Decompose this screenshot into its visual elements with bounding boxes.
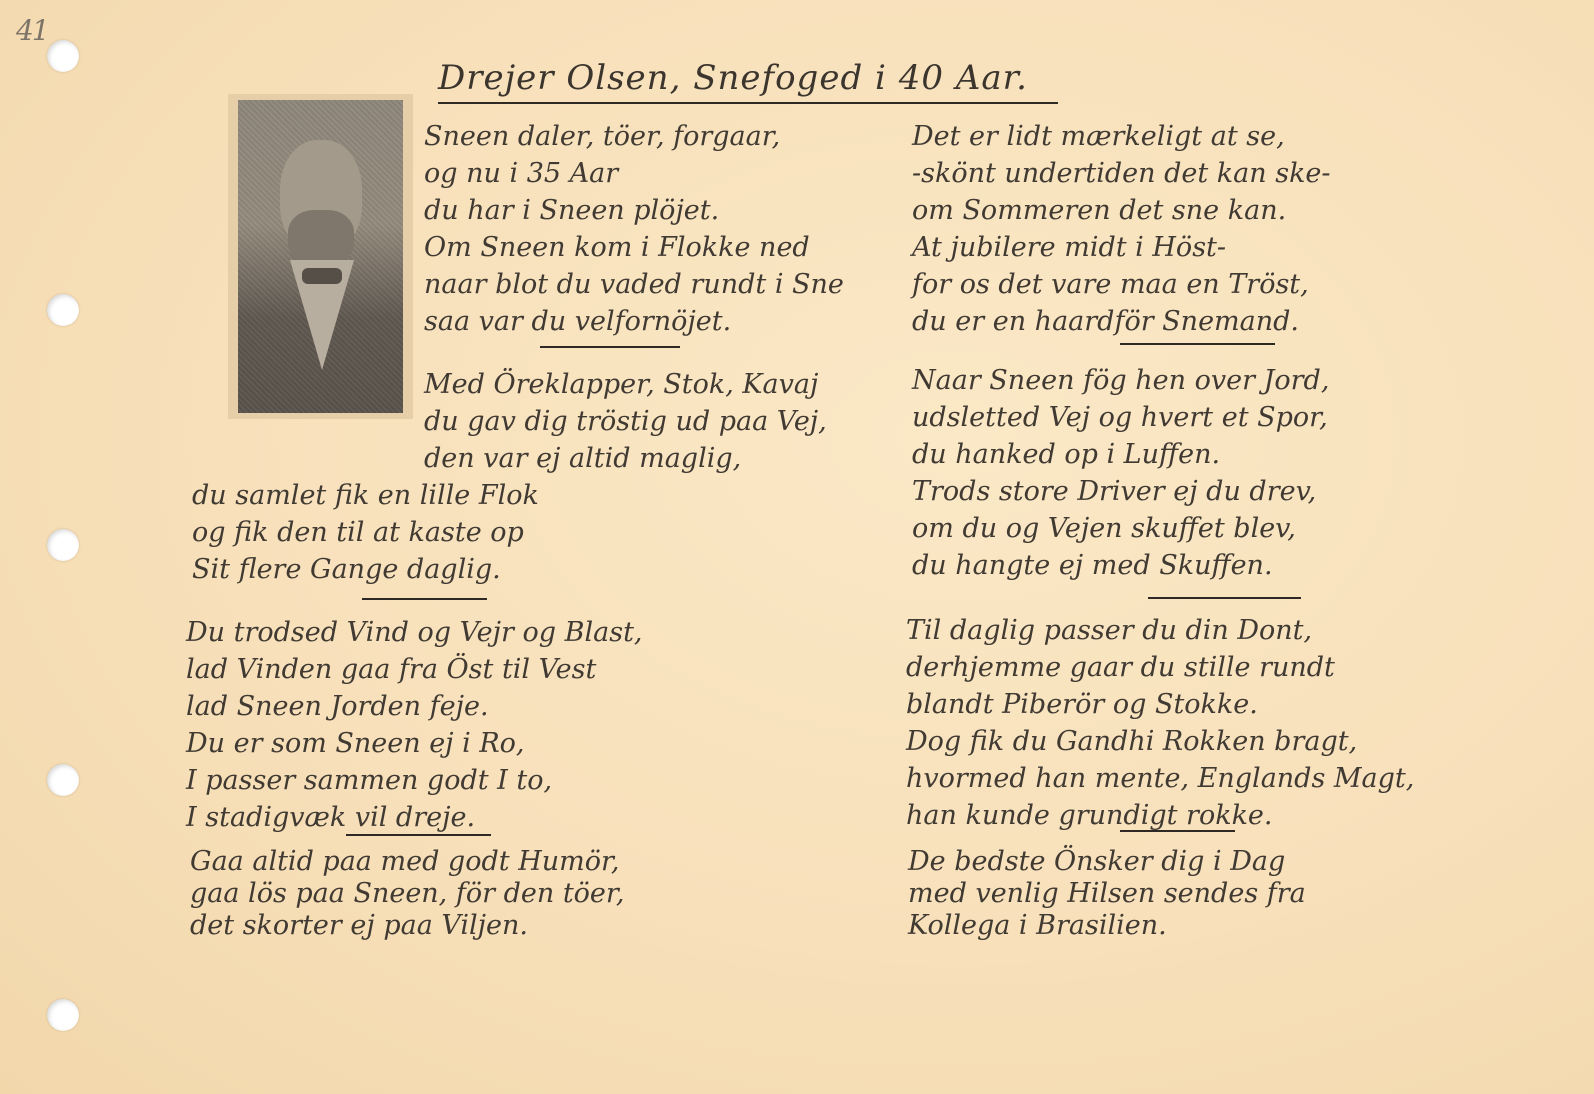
stanza-right-2: Naar Sneen fög hen over Jord, udsletted …: [912, 362, 1329, 584]
verse-line: om Sommeren det sne kan.: [912, 192, 1331, 229]
verse-line: hvormed han mente, Englands Magt,: [906, 760, 1414, 797]
stanza-divider: [346, 834, 491, 836]
stanza-right-4: De bedste Önsker dig i Dag med venlig Hi…: [908, 846, 1306, 942]
binder-hole: [47, 529, 79, 561]
verse-line: og nu i 35 Aar: [424, 155, 844, 192]
verse-line: og fik den til at kaste op: [192, 514, 539, 551]
verse-line: du hangte ej med Skuffen.: [912, 547, 1329, 584]
verse-line: den var ej altid maglig,: [424, 440, 827, 477]
verse-line: du gav dig tröstig ud paa Vej,: [424, 403, 827, 440]
verse-line: De bedste Önsker dig i Dag: [908, 846, 1306, 878]
verse-line: I stadigvæk vil dreje.: [186, 799, 643, 836]
verse-line: Trods store Driver ej du drev,: [912, 473, 1329, 510]
page-title: Drejer Olsen, Snefoged i 40 Aar.: [438, 58, 1058, 104]
verse-line: Til daglig passer du din Dont,: [906, 612, 1414, 649]
verse-line: Du trodsed Vind og Vejr og Blast,: [186, 614, 643, 651]
verse-line: Kollega i Brasilien.: [908, 910, 1306, 942]
stanza-divider: [1120, 830, 1235, 832]
stanza-divider: [1120, 343, 1275, 345]
verse-line: han kunde grundigt rokke.: [906, 797, 1414, 834]
verse-line: lad Vinden gaa fra Öst til Vest: [186, 651, 643, 688]
verse-line: du hanked op i Luffen.: [912, 436, 1329, 473]
stanza-right-3: Til daglig passer du din Dont, derhjemme…: [906, 612, 1414, 834]
stanza-divider: [1148, 597, 1301, 599]
verse-line: du er en haardför Snemand.: [912, 303, 1331, 340]
binder-hole: [47, 999, 79, 1031]
verse-line: gaa lös paa Sneen, för den töer,: [190, 878, 624, 910]
verse-line: Sit flere Gange daglig.: [192, 551, 539, 588]
verse-line: det skorter ej paa Viljen.: [190, 910, 624, 942]
verse-line: om du og Vejen skuffet blev,: [912, 510, 1329, 547]
verse-line: du har i Sneen plöjet.: [424, 192, 844, 229]
verse-line: Gaa altid paa med godt Humör,: [190, 846, 624, 878]
verse-line: derhjemme gaar du stille rundt: [906, 649, 1414, 686]
verse-line: lad Sneen Jorden feje.: [186, 688, 643, 725]
verse-line: At jubilere midt i Höst-: [912, 229, 1331, 266]
binder-hole: [47, 40, 79, 72]
verse-line: udsletted Vej og hvert et Spor,: [912, 399, 1329, 436]
verse-line: naar blot du vaded rundt i Sne: [424, 266, 844, 303]
scrapbook-page: 41 Drejer Olsen, Snefoged i 40 Aar. Snee…: [0, 0, 1594, 1094]
binder-hole: [47, 764, 79, 796]
verse-line: for os det vare maa en Tröst,: [912, 266, 1331, 303]
stanza-right-1: Det er lidt mærkeligt at se, -skönt unde…: [912, 118, 1331, 340]
portrait-beard: [288, 210, 354, 265]
portrait-image: [238, 100, 403, 413]
stanza-left-3: Du trodsed Vind og Vejr og Blast, lad Vi…: [186, 614, 643, 836]
verse-line: blandt Piberör og Stokke.: [906, 686, 1414, 723]
stanza-left-1: Sneen daler, töer, forgaar, og nu i 35 A…: [424, 118, 844, 340]
portrait-bowtie: [302, 268, 342, 284]
verse-line: -skönt undertiden det kan ske-: [912, 155, 1331, 192]
page-number: 41: [16, 14, 48, 47]
verse-line: Du er som Sneen ej i Ro,: [186, 725, 643, 762]
verse-line: med venlig Hilsen sendes fra: [908, 878, 1306, 910]
verse-line: Med Öreklapper, Stok, Kavaj: [424, 366, 827, 403]
verse-line: I passer sammen godt I to,: [186, 762, 643, 799]
stanza-divider: [362, 598, 487, 600]
stanza-left-2b: du samlet fik en lille Flok og fik den t…: [192, 477, 539, 588]
verse-line: du samlet fik en lille Flok: [192, 477, 539, 514]
portrait-clipping: [228, 94, 413, 419]
stanza-left-4: Gaa altid paa med godt Humör, gaa lös pa…: [190, 846, 624, 942]
verse-line: Dog fik du Gandhi Rokken bragt,: [906, 723, 1414, 760]
stanza-left-2a: Med Öreklapper, Stok, Kavaj du gav dig t…: [424, 366, 827, 477]
verse-line: Naar Sneen fög hen over Jord,: [912, 362, 1329, 399]
stanza-divider: [540, 346, 680, 348]
verse-line: Om Sneen kom i Flokke ned: [424, 229, 844, 266]
verse-line: Det er lidt mærkeligt at se,: [912, 118, 1331, 155]
binder-hole: [47, 294, 79, 326]
verse-line: saa var du velfornöjet.: [424, 303, 844, 340]
verse-line: Sneen daler, töer, forgaar,: [424, 118, 844, 155]
